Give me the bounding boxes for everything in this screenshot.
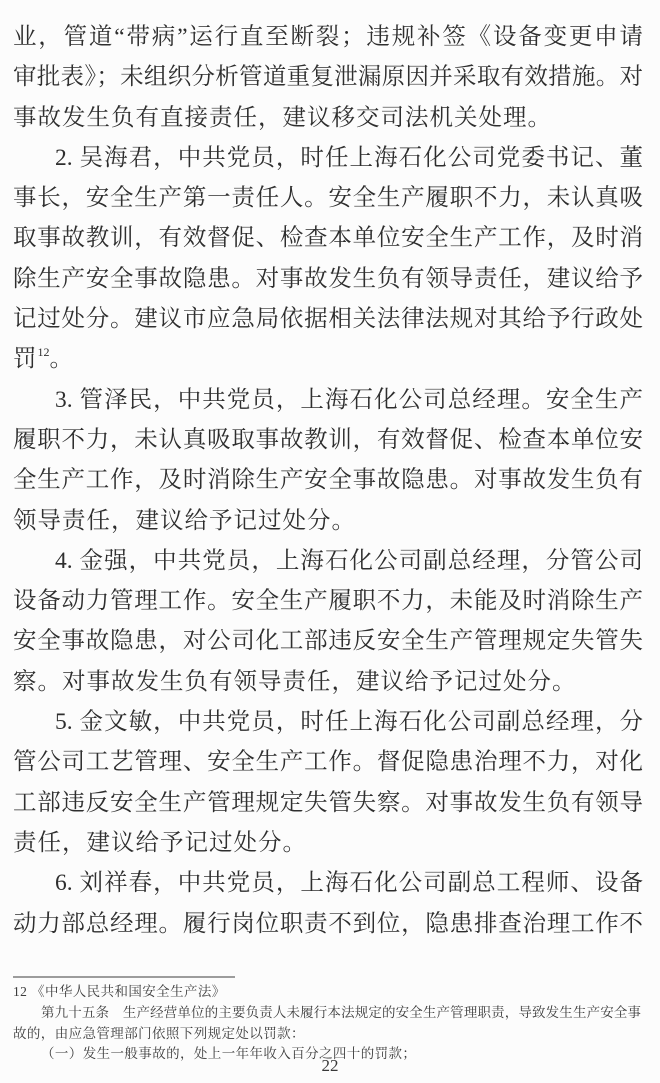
body-line-text: 2. 吴海君，中共党员，时任上海石化公司党委书记、董: [55, 145, 643, 171]
body-line: 设备动力管理工作。安全生产履职不力，未能及时消除生产: [13, 581, 643, 621]
body-line: 事故发生负有直接责任，建议移交司法机关处理。: [13, 98, 643, 138]
footnote-separator: [13, 976, 235, 978]
body-line: 管公司工艺管理、安全生产工作。督促隐患治理不力，对化: [13, 742, 643, 782]
body-line-text: 6. 刘祥春，中共党员，上海石化公司副总工程师、设备: [55, 870, 643, 896]
footnote-line: 第九十五条 生产经营单位的主要负责人未履行本法规定的安全生产管理职责，导致发生生…: [13, 1003, 641, 1024]
body-line-text: 事故发生负有直接责任，建议移交司法机关处理。: [13, 105, 552, 131]
body-line-text: 。: [50, 346, 75, 372]
body-line-text: 全生产工作，及时消除生产安全事故隐患。对事故发生负有: [13, 467, 643, 493]
body-line: 6. 刘祥春，中共党员，上海石化公司副总工程师、设备: [13, 863, 643, 903]
body-line-text: 取事故教训，有效督促、检查本单位安全生产工作，及时消: [13, 225, 643, 251]
body-line-text: 领导责任，建议给予记过处分。: [13, 508, 356, 534]
body-line: 工部违反安全生产管理规定失管失察。对事故发生负有领导: [13, 783, 643, 823]
body-line: 2. 吴海君，中共党员，时任上海石化公司党委书记、董: [13, 138, 643, 178]
body-line: 5. 金文敏，中共党员，时任上海石化公司副总经理，分: [13, 702, 643, 742]
body-line-text: 业，管道“带病”运行直至断裂；违规补签《设备变更申请: [13, 24, 643, 50]
body-line-text: 设备动力管理工作。安全生产履职不力，未能及时消除生产: [13, 588, 643, 614]
body-line-text: 3. 管泽民，中共党员，上海石化公司总经理。安全生产: [55, 387, 643, 413]
body-line-text: 工部违反安全生产管理规定失管失察。对事故发生负有领导: [13, 790, 643, 816]
footnote-line-text: 12 《中华人民共和国安全生产法》: [13, 984, 226, 999]
body-line-text: 管公司工艺管理、安全生产工作。督促隐患治理不力，对化: [13, 749, 643, 775]
body-line: 除生产安全事故隐患。对事故发生负有领导责任，建议给予: [13, 259, 643, 299]
body-line-text: 责任，建议给予记过处分。: [13, 830, 307, 856]
body-line-text: 4. 金强，中共党员，上海石化公司副总经理，分管公司: [55, 548, 643, 574]
body-line-text: 事长，安全生产第一责任人。安全生产履职不力，未认真吸: [13, 185, 643, 211]
body-line: 责任，建议给予记过处分。: [13, 823, 643, 863]
body-line: 安全事故隐患，对公司化工部违反安全生产管理规定失管失: [13, 621, 643, 661]
body-line-text: 察。对事故发生负有领导责任，建议给予记过处分。: [13, 669, 577, 695]
body-line-text: 除生产安全事故隐患。对事故发生负有领导责任，建议给予: [13, 266, 643, 292]
body-text: 业，管道“带病”运行直至断裂；违规补签《设备变更申请审批表》；未组织分析管道重复…: [13, 17, 643, 944]
body-line-text: 罚: [13, 346, 38, 372]
body-line: 动力部总经理。履行岗位职责不到位，隐患排查治理工作不: [13, 904, 643, 944]
body-line-text: 记过处分。建议市应急局依据相关法律法规对其给予行政处: [13, 306, 643, 332]
footnote-ref: 12: [38, 345, 50, 359]
body-line: 3. 管泽民，中共党员，上海石化公司总经理。安全生产: [13, 380, 643, 420]
footnote-line: 12 《中华人民共和国安全生产法》: [13, 982, 641, 1003]
footnote-section: 12 《中华人民共和国安全生产法》第九十五条 生产经营单位的主要负责人未履行本法…: [13, 982, 641, 1065]
body-line-text: 履职不力，未认真吸取事故教训，有效督促、检查本单位安: [13, 427, 643, 453]
body-line: 记过处分。建议市应急局依据相关法律法规对其给予行政处: [13, 299, 643, 339]
body-line: 取事故教训，有效督促、检查本单位安全生产工作，及时消: [13, 218, 643, 258]
footnote-line: 故的，由应急管理部门依照下列规定处以罚款：: [13, 1024, 641, 1045]
body-line-text: 审批表》；未组织分析管道重复泄漏原因并采取有效措施。对: [13, 64, 643, 90]
body-line: 全生产工作，及时消除生产安全事故隐患。对事故发生负有: [13, 460, 643, 500]
body-line-text: 5. 金文敏，中共党员，时任上海石化公司副总经理，分: [55, 709, 643, 735]
body-line: 4. 金强，中共党员，上海石化公司副总经理，分管公司: [13, 541, 643, 581]
body-line: 业，管道“带病”运行直至断裂；违规补签《设备变更申请: [13, 17, 643, 57]
body-line: 事长，安全生产第一责任人。安全生产履职不力，未认真吸: [13, 178, 643, 218]
footnote-line-text: 故的，由应急管理部门依照下列规定处以罚款：: [13, 1026, 305, 1041]
body-line-text: 安全事故隐患，对公司化工部违反安全生产管理规定失管失: [13, 628, 643, 654]
body-line: 领导责任，建议给予记过处分。: [13, 501, 643, 541]
body-line: 察。对事故发生负有领导责任，建议给予记过处分。: [13, 662, 643, 702]
footnote-line-text: 第九十五条 生产经营单位的主要负责人未履行本法规定的安全生产管理职责，导致发生生…: [41, 1005, 641, 1020]
page-number: 22: [0, 1056, 660, 1076]
body-line: 履职不力，未认真吸取事故教训，有效督促、检查本单位安: [13, 420, 643, 460]
document-page: 业，管道“带病”运行直至断裂；违规补签《设备变更申请审批表》；未组织分析管道重复…: [0, 0, 660, 1083]
body-line-text: 动力部总经理。履行岗位职责不到位，隐患排查治理工作不: [13, 911, 643, 937]
body-line: 罚12。: [13, 339, 643, 379]
body-line: 审批表》；未组织分析管道重复泄漏原因并采取有效措施。对: [13, 57, 643, 97]
